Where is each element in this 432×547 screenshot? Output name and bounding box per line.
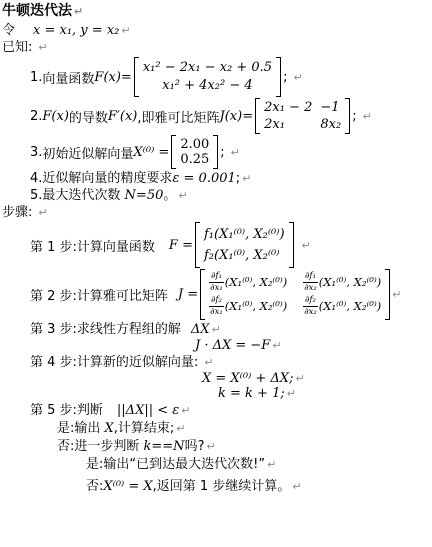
- known-item-4: 4.近似解向量的精度要求ε = 0.001;↵: [30, 170, 432, 187]
- item3-suffix: ;: [220, 145, 224, 160]
- matrix-cell: ∂f₂∂x₂(X₁⁽⁰⁾, X₂⁽⁰⁾): [303, 295, 381, 317]
- item4-expression: ε = 0.001: [172, 171, 235, 186]
- paragraph-mark-icon: ↵: [293, 71, 302, 84]
- step5-condition: ||ΔX|| < ε: [117, 403, 179, 418]
- fraction-denominator: ∂x₁: [209, 307, 224, 318]
- fraction-denominator: ∂x₁: [209, 283, 224, 294]
- paragraph-mark-icon: ↵: [176, 422, 185, 435]
- item4-suffix: ;: [236, 171, 240, 186]
- step-4-equation-1: X = X⁽⁰⁾ + ΔX;↵: [202, 371, 432, 386]
- fraction-numerator: ∂f₂: [209, 295, 224, 307]
- paragraph-mark-icon: ↵: [231, 146, 240, 159]
- step4-label: 第 4 步:计算新的近似解向量:: [30, 355, 198, 370]
- item2-matrix: 2x₁ − 2 −1 2x₁ 8x₂: [255, 98, 350, 134]
- matrix-row: 0.25: [180, 152, 209, 167]
- paragraph-mark-icon: ↵: [121, 24, 130, 37]
- step3-label: 第 3 步:求线性方程组的解: [30, 322, 181, 337]
- item3-matrix-cells: 2.00 0.25: [176, 135, 213, 169]
- step2-matrix: ∂f₁∂x₁(X₁⁽⁰⁾, X₂⁽⁰⁾) ∂f₁∂x₂(X₁⁽⁰⁾, X₂⁽⁰⁾…: [200, 269, 390, 320]
- no-branch-label: 否:进一步判断: [57, 439, 144, 454]
- item1-label: 向量函数: [42, 68, 94, 87]
- cell-args: (X₁⁽⁰⁾, X₂⁽⁰⁾): [225, 275, 287, 289]
- no-branch-math: k==N: [144, 439, 185, 454]
- paragraph-mark-icon: ↵: [38, 41, 47, 54]
- step-4-equation-2: k = k + 1;↵: [218, 386, 432, 401]
- fraction-numerator: ∂f₂: [303, 295, 318, 307]
- right-bracket-icon: [385, 269, 390, 320]
- step-5-line: 第 5 步:判断||ΔX|| < ε↵: [30, 402, 432, 420]
- steps-label: 步骤:: [2, 205, 32, 220]
- step-3-line: 第 3 步:求线性方程组的解ΔX↵: [30, 321, 432, 338]
- increment-k-equation: k = k + 1;: [218, 386, 285, 401]
- known-item-2: 2. F(x)的导数 F′(x),即雅可比矩阵 J(x)= 2x₁ − 2 −1…: [30, 98, 432, 134]
- item2-matrix-cells: 2x₁ − 2 −1 2x₁ 8x₂: [260, 98, 345, 134]
- nested-no-label: 否:: [86, 479, 103, 494]
- step2-matrix-cells: ∂f₁∂x₁(X₁⁽⁰⁾, X₂⁽⁰⁾) ∂f₁∂x₂(X₁⁽⁰⁾, X₂⁽⁰⁾…: [205, 269, 385, 320]
- fraction-denominator: ∂x₂: [303, 307, 318, 318]
- known-item-1: 1.向量函数 F(x)= x₁² − 2x₁ − x₂ + 0.5 x₁² + …: [30, 57, 432, 97]
- linear-system-equation: J · ΔX = −F: [195, 338, 270, 353]
- item3-matrix: 2.00 0.25: [171, 135, 218, 169]
- yes-branch-rest: ,计算结束;: [114, 421, 175, 436]
- step5-nested-yes-branch: 是:输出“已到达最大迭代次数!”↵: [86, 456, 432, 474]
- title-text: 牛顿迭代法: [2, 3, 72, 19]
- nested-yes-text: 是:输出“已到达最大迭代次数!”: [86, 457, 265, 472]
- fraction-numerator: ∂f₁: [303, 271, 318, 283]
- let-label: 令: [2, 23, 15, 38]
- paragraph-mark-icon: ↵: [206, 440, 215, 453]
- item1-lhs: F(x)=: [94, 70, 131, 85]
- item3-label: 初始近似解向量: [42, 143, 133, 162]
- matrix-cell: 2x₁: [264, 117, 312, 132]
- paragraph-mark-icon: ↵: [181, 404, 190, 417]
- no-branch-rest: 吗?: [185, 439, 205, 454]
- paragraph-mark-icon: ↵: [204, 356, 213, 369]
- step1-matrix: f₁(X₁⁽⁰⁾, X₂⁽⁰⁾) f₂(X₁⁽⁰⁾, X₂⁽⁰⁾: [195, 222, 294, 268]
- item3-number: 3.: [30, 145, 42, 160]
- step-3-equation: J · ΔX = −F↵: [195, 338, 432, 354]
- right-bracket-icon: [345, 98, 350, 134]
- partial-derivative-fraction: ∂f₁∂x₂: [303, 271, 318, 293]
- known-heading: 已知:↵: [2, 39, 432, 56]
- paragraph-mark-icon: ↵: [302, 239, 311, 252]
- item4-number: 4.: [30, 171, 42, 186]
- right-bracket-icon: [213, 135, 218, 169]
- matrix-cell: 8x₂: [320, 117, 341, 132]
- item1-suffix: ;: [283, 70, 287, 85]
- matrix-cell: −1: [320, 100, 341, 115]
- step-2-line: 第 2 步:计算雅可比矩阵 J = ∂f₁∂x₁(X₁⁽⁰⁾, X₂⁽⁰⁾) ∂…: [30, 269, 432, 320]
- fraction-denominator: ∂x₂: [303, 283, 318, 294]
- paragraph-mark-icon: ↵: [178, 189, 187, 202]
- item2-text-1: 的导数: [69, 107, 108, 126]
- matrix-row: f₁(X₁⁽⁰⁾, X₂⁽⁰⁾): [204, 224, 285, 245]
- step2-label: 第 2 步:计算雅可比矩阵: [30, 285, 168, 304]
- step2-lhs: J =: [178, 287, 198, 302]
- paragraph-mark-icon: ↵: [272, 339, 281, 352]
- item2-lhs: J(x)=: [220, 109, 254, 124]
- step5-label: 第 5 步:判断: [30, 403, 103, 418]
- nested-no-math: X⁽⁰⁾ = X: [103, 479, 152, 494]
- paragraph-mark-icon: ↵: [242, 172, 251, 185]
- item5-label: 最大迭代次数: [42, 188, 124, 203]
- matrix-row: x₁² − 2x₁ − x₂ + 0.5: [143, 59, 272, 77]
- matrix-cell: 2x₁ − 2: [264, 100, 312, 115]
- right-bracket-icon: [289, 222, 294, 268]
- matrix-row: f₂(X₁⁽⁰⁾, X₂⁽⁰⁾: [204, 245, 285, 266]
- update-x-equation: X = X⁽⁰⁾ + ΔX;: [202, 371, 293, 386]
- partial-derivative-fraction: ∂f₂∂x₂: [303, 295, 318, 317]
- yes-branch-label: 是:输出: [57, 421, 105, 436]
- item2-number: 2.: [30, 109, 42, 124]
- item2-text-2: ,即雅可比矩阵: [137, 107, 219, 126]
- item2-suffix: ;: [352, 109, 356, 124]
- cell-args: (X₁⁽⁰⁾, X₂⁽⁰⁾): [319, 299, 381, 313]
- item4-label: 近似解向量的精度要求: [42, 171, 172, 186]
- cell-args: (X₁⁽⁰⁾, X₂⁽⁰⁾): [319, 275, 381, 289]
- right-bracket-icon: [276, 57, 281, 97]
- document-page[interactable]: 牛顿迭代法↵ 令x = x₁, y = x₂↵ 已知:↵ 1.向量函数 F(x)…: [0, 0, 432, 496]
- item5-suffix: 。: [163, 188, 176, 203]
- known-item-5: 5.最大迭代次数 N=50。↵: [30, 187, 432, 204]
- step5-yes-branch: 是:输出 X,计算结束;↵: [57, 420, 432, 438]
- step1-lhs: F =: [169, 238, 193, 253]
- nested-no-rest: ,返回第 1 步继续计算。: [153, 479, 291, 494]
- step1-matrix-cells: f₁(X₁⁽⁰⁾, X₂⁽⁰⁾) f₂(X₁⁽⁰⁾, X₂⁽⁰⁾: [200, 222, 289, 268]
- let-line: 令x = x₁, y = x₂↵: [2, 22, 432, 39]
- step5-no-branch: 否:进一步判断 k==N吗?↵: [57, 438, 432, 456]
- let-expression: x = x₁, y = x₂: [33, 23, 119, 38]
- item2-math-2: F′(x): [108, 109, 137, 124]
- steps-heading: 步骤:↵: [2, 204, 432, 221]
- step-4-line: 第 4 步:计算新的近似解向量:↵: [30, 354, 432, 371]
- item1-number: 1.: [30, 70, 42, 85]
- matrix-cell: ∂f₂∂x₁(X₁⁽⁰⁾, X₂⁽⁰⁾): [209, 295, 287, 317]
- item1-matrix: x₁² − 2x₁ − x₂ + 0.5 x₁² + 4x₂² − 4: [134, 57, 281, 97]
- item2-math-1: F(x): [42, 109, 69, 124]
- known-label: 已知:: [2, 40, 32, 55]
- paragraph-mark-icon: ↵: [267, 458, 276, 471]
- step1-label: 第 1 步:计算向量函数: [30, 236, 155, 255]
- item3-lhs: X⁽⁰⁾ =: [133, 145, 169, 160]
- matrix-row: x₁² + 4x₂² − 4: [143, 77, 272, 95]
- paragraph-mark-icon: ↵: [363, 110, 372, 123]
- item1-matrix-cells: x₁² − 2x₁ − x₂ + 0.5 x₁² + 4x₂² − 4: [139, 57, 276, 97]
- paragraph-mark-icon: ↵: [38, 206, 47, 219]
- item5-number: 5.: [30, 188, 42, 203]
- step3-expression: ΔX: [191, 322, 210, 337]
- matrix-cell: ∂f₁∂x₂(X₁⁽⁰⁾, X₂⁽⁰⁾): [303, 271, 381, 293]
- paragraph-mark-icon: ↵: [74, 5, 83, 18]
- paragraph-mark-icon: ↵: [212, 323, 221, 336]
- item5-expression: N=50: [125, 188, 164, 203]
- cell-args: (X₁⁽⁰⁾, X₂⁽⁰⁾): [225, 299, 287, 313]
- paragraph-mark-icon: ↵: [392, 288, 401, 301]
- matrix-row: 2.00: [180, 137, 209, 152]
- page-title: 牛顿迭代法↵: [2, 2, 432, 21]
- step5-nested-no-branch: 否:X⁽⁰⁾ = X,返回第 1 步继续计算。↵: [86, 478, 432, 496]
- paragraph-mark-icon: ↵: [287, 387, 296, 400]
- yes-branch-math: X: [105, 421, 114, 436]
- partial-derivative-fraction: ∂f₁∂x₁: [209, 271, 224, 293]
- paragraph-mark-icon: ↵: [295, 372, 304, 385]
- fraction-numerator: ∂f₁: [209, 271, 224, 283]
- step-1-line: 第 1 步:计算向量函数 F = f₁(X₁⁽⁰⁾, X₂⁽⁰⁾) f₂(X₁⁽…: [30, 222, 432, 268]
- partial-derivative-fraction: ∂f₂∂x₁: [209, 295, 224, 317]
- paragraph-mark-icon: ↵: [292, 480, 301, 493]
- known-item-3: 3.初始近似解向量X⁽⁰⁾ = 2.00 0.25 ; ↵: [30, 135, 432, 169]
- matrix-cell: ∂f₁∂x₁(X₁⁽⁰⁾, X₂⁽⁰⁾): [209, 271, 287, 293]
